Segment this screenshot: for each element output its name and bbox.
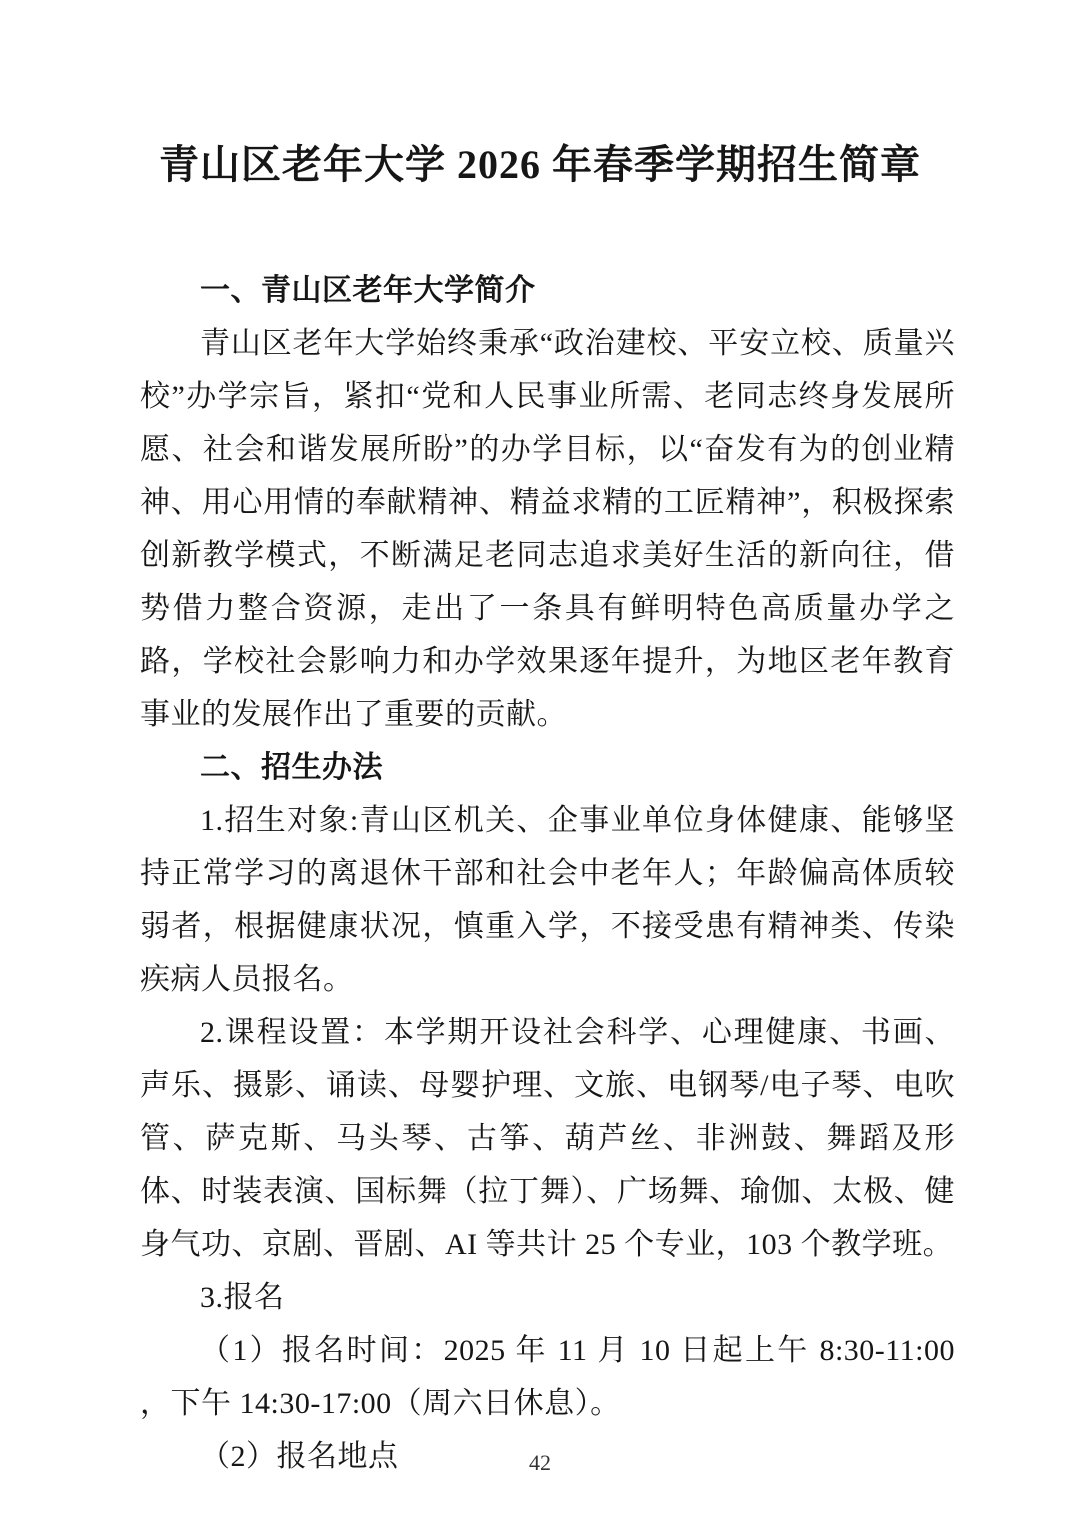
paragraph-registration-time: （1）报名时间：2025 年 11 月 10 日起上午 8:30-11:00 ，… (140, 1324, 955, 1430)
title-spacer (0, 190, 1080, 264)
section-heading-enrollment-method: 二、招生办法 (140, 741, 955, 794)
paragraph-registration-label: 3.报名 (140, 1271, 955, 1324)
document-title: 青山区老年大学 2026 年春季学期招生简章 (110, 140, 970, 190)
document-body: 一、青山区老年大学简介 青山区老年大学始终秉承“政治建校、平安立校、质量兴校”办… (140, 264, 955, 1483)
paragraph-course-offerings: 2.课程设置：本学期开设社会科学、心理健康、书画、声乐、摄影、诵读、母婴护理、文… (140, 1006, 955, 1271)
section-heading-introduction: 一、青山区老年大学简介 (140, 264, 955, 317)
paragraph-enrollment-target: 1.招生对象:青山区机关、企事业单位身体健康、能够坚持正常学习的离退休干部和社会… (140, 794, 955, 1006)
page-number: 42 (0, 1450, 1080, 1476)
paragraph-introduction: 青山区老年大学始终秉承“政治建校、平安立校、质量兴校”办学宗旨，紧扣“党和人民事… (140, 317, 955, 741)
document-page: 青山区老年大学 2026 年春季学期招生简章 一、青山区老年大学简介 青山区老年… (0, 0, 1080, 1527)
